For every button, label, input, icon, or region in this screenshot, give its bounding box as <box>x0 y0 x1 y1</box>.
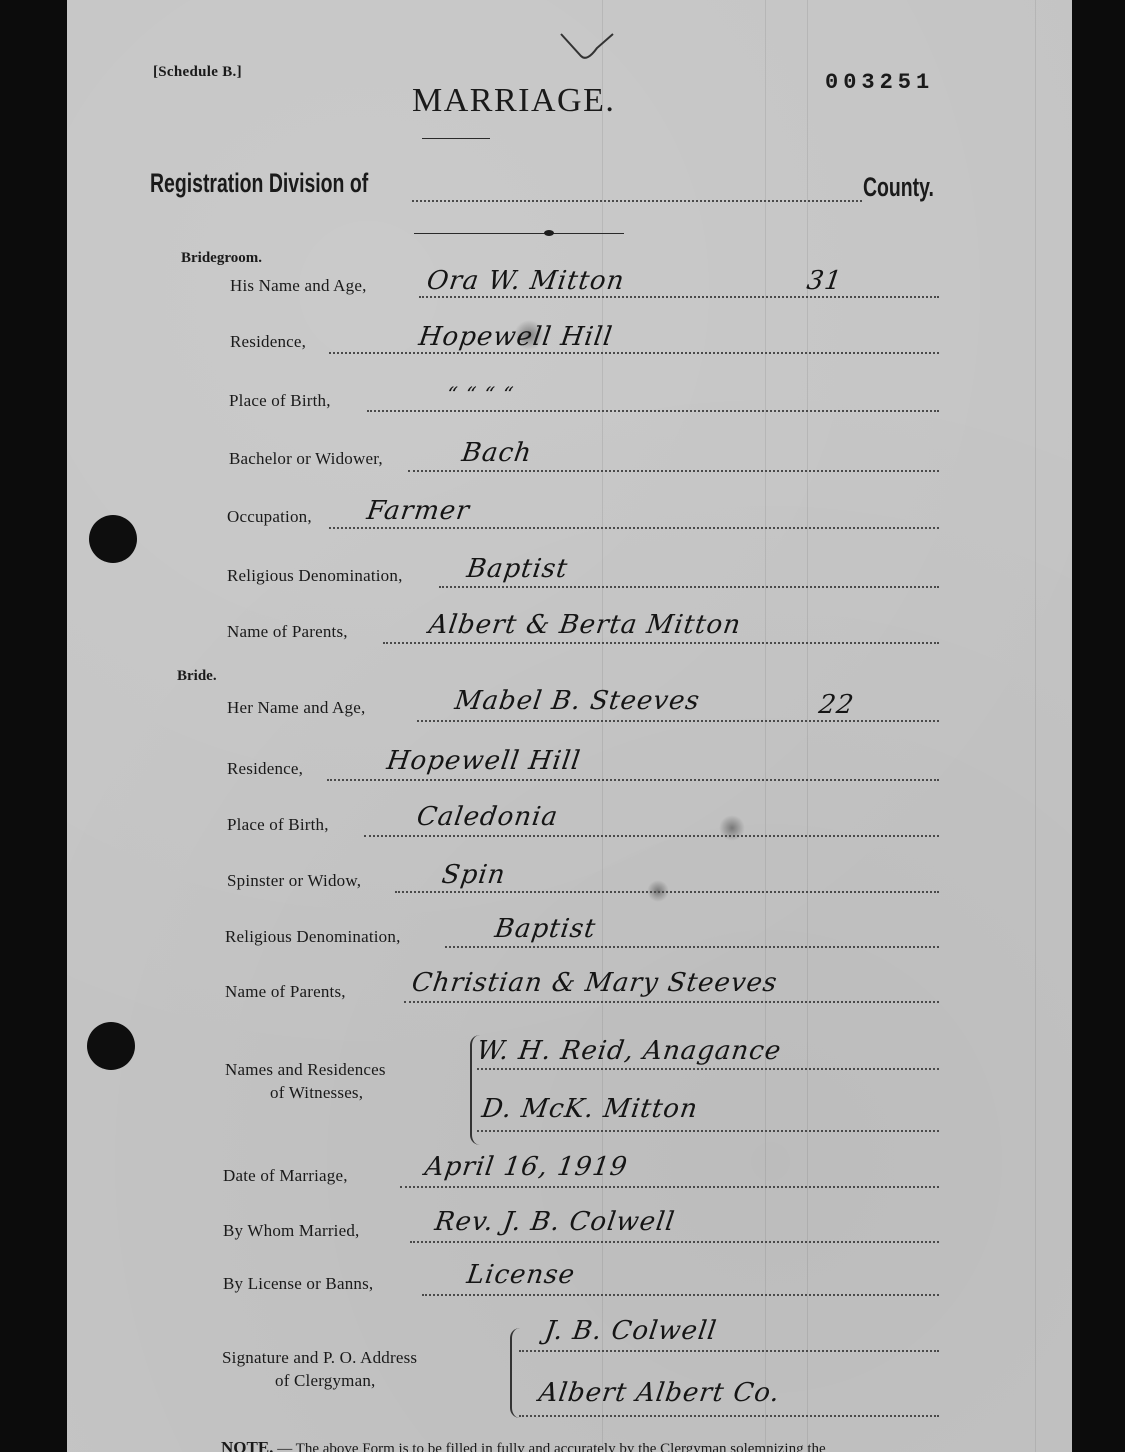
title-rule <box>422 138 490 139</box>
groom-religion-label: Religious Denomination, <box>227 566 403 586</box>
bride-status-label: Spinster or Widow, <box>227 871 361 891</box>
scan-line <box>765 0 766 1452</box>
groom-occupation-field[interactable] <box>329 527 939 529</box>
bride-parents-value: Christian & Mary Steeves <box>410 968 780 998</box>
groom-birthplace-value: “ “ “ “ <box>445 382 515 406</box>
clergyman-signature-value: J. B. Colwell <box>543 1316 719 1346</box>
registration-division-label: Registration Division of <box>150 168 368 199</box>
groom-birthplace-field[interactable] <box>367 410 939 412</box>
license-banns-value: License <box>465 1260 577 1290</box>
witness-1-field[interactable] <box>477 1068 939 1070</box>
form-note: NOTE. — The above Form is to be filled i… <box>221 1438 826 1452</box>
groom-occupation-value: Farmer <box>365 496 472 526</box>
punch-hole-icon <box>89 515 137 563</box>
bride-religion-label: Religious Denomination, <box>225 927 401 947</box>
marriage-date-field[interactable] <box>400 1186 939 1188</box>
note-prefix: NOTE. <box>221 1438 273 1452</box>
bride-birthplace-field[interactable] <box>364 835 939 837</box>
groom-residence-label: Residence, <box>230 332 306 352</box>
note-text: — The above Form is to be filled in full… <box>277 1441 825 1452</box>
marriage-date-value: April 16, 1919 <box>423 1152 630 1182</box>
groom-parents-field[interactable] <box>383 642 939 644</box>
groom-parents-label: Name of Parents, <box>227 622 348 642</box>
bride-religion-field[interactable] <box>445 946 939 948</box>
witness-1-value: W. H. Reid, Anagance <box>475 1036 783 1066</box>
clergyman-label-line2: of Clergyman, <box>275 1371 376 1391</box>
groom-name-field[interactable] <box>419 296 939 298</box>
scan-line <box>1035 0 1036 1452</box>
bride-status-field[interactable] <box>395 891 939 893</box>
ink-smudge <box>719 815 745 841</box>
bride-religion-value: Baptist <box>493 914 598 944</box>
license-banns-label: By License or Banns, <box>223 1274 373 1294</box>
marriage-registration-form: [Schedule B.] 003251 MARRIAGE. Registrat… <box>67 0 1072 1452</box>
clergyman-brace <box>510 1328 520 1418</box>
county-label: County. <box>863 172 934 203</box>
groom-residence-field[interactable] <box>329 352 939 354</box>
bride-status-value: Spin <box>440 860 508 890</box>
checkmark-icon <box>557 30 617 66</box>
groom-parents-value: Albert & Berta Mitton <box>427 610 743 640</box>
witness-2-value: D. McK. Mitton <box>480 1094 700 1124</box>
groom-status-value: Bach <box>460 438 534 468</box>
groom-residence-value: Hopewell Hill <box>417 322 615 352</box>
ornament-dot <box>544 230 554 236</box>
officiant-label: By Whom Married, <box>223 1221 360 1241</box>
groom-status-label: Bachelor or Widower, <box>229 449 383 469</box>
marriage-date-label: Date of Marriage, <box>223 1166 348 1186</box>
bride-residence-value: Hopewell Hill <box>385 746 583 776</box>
witnesses-label-line1: Names and Residences <box>225 1060 386 1080</box>
officiant-value: Rev. J. B. Colwell <box>433 1207 677 1237</box>
bride-birthplace-value: Caledonia <box>415 802 560 832</box>
clergyman-signature-field[interactable] <box>519 1350 939 1352</box>
bride-birthplace-label: Place of Birth, <box>227 815 329 835</box>
bride-parents-field[interactable] <box>404 1001 939 1003</box>
bride-name-value: Mabel B. Steeves <box>453 686 702 716</box>
ornament-rule <box>414 233 624 234</box>
officiant-field[interactable] <box>410 1241 939 1243</box>
scan-line <box>807 0 808 1452</box>
groom-status-field[interactable] <box>408 470 939 472</box>
groom-name-value: Ora W. Mitton <box>425 266 627 296</box>
clergyman-address-value: Albert Albert Co. <box>537 1378 782 1408</box>
witness-2-field[interactable] <box>477 1130 939 1132</box>
bride-name-field[interactable] <box>417 720 939 722</box>
bride-age-value: 22 <box>817 690 856 720</box>
serial-number: 003251 <box>825 70 934 95</box>
bride-residence-field[interactable] <box>327 779 939 781</box>
groom-age-value: 31 <box>805 266 844 296</box>
groom-name-label: His Name and Age, <box>230 276 367 296</box>
schedule-label: [Schedule B.] <box>153 64 242 81</box>
bridegroom-heading: Bridegroom. <box>181 250 262 267</box>
groom-religion-value: Baptist <box>465 554 570 584</box>
bride-name-label: Her Name and Age, <box>227 698 365 718</box>
bride-parents-label: Name of Parents, <box>225 982 346 1002</box>
groom-occupation-label: Occupation, <box>227 507 312 527</box>
registration-division-field[interactable] <box>412 200 862 202</box>
groom-birthplace-label: Place of Birth, <box>229 391 331 411</box>
punch-hole-icon <box>87 1022 135 1070</box>
page-title: MARRIAGE. <box>412 82 615 120</box>
license-banns-field[interactable] <box>422 1294 939 1296</box>
clergyman-address-field[interactable] <box>519 1415 939 1417</box>
groom-religion-field[interactable] <box>439 586 939 588</box>
bride-heading: Bride. <box>177 668 217 685</box>
bride-residence-label: Residence, <box>227 759 303 779</box>
witnesses-label-line2: of Witnesses, <box>270 1083 363 1103</box>
clergyman-label-line1: Signature and P. O. Address <box>222 1348 417 1368</box>
